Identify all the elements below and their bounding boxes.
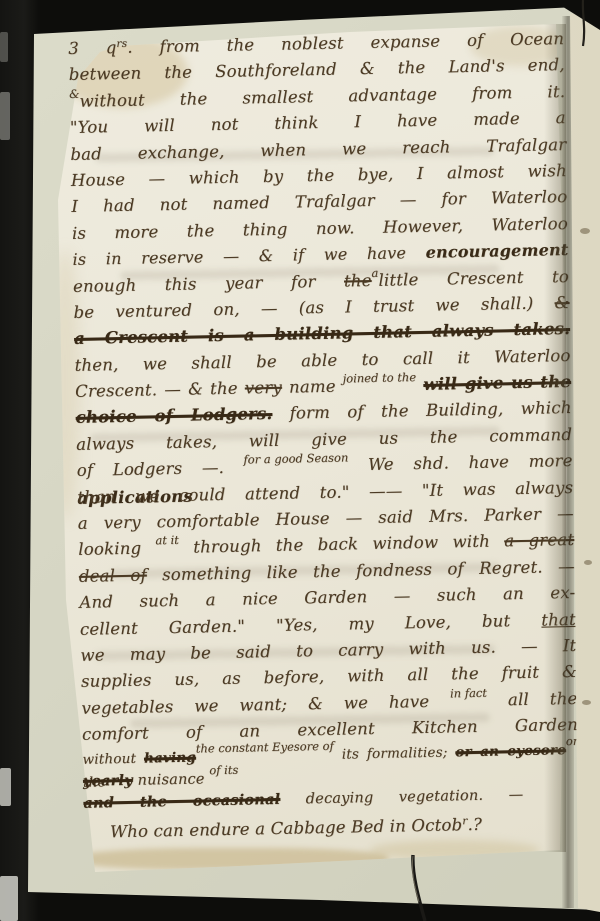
handwritten-text: through the back window with [179, 532, 505, 558]
handwritten-text: without [82, 750, 144, 767]
handwritten-text: form of the Building, which [272, 398, 572, 423]
interlinear-insertion: the constant Eyesore of [196, 734, 334, 760]
handwritten-text: . from the noblest expanse of Ocean [127, 29, 564, 57]
handwritten-text: .? [467, 814, 482, 833]
album-page-edge-glint [0, 32, 8, 62]
interlinear-insertion: joined to the [342, 364, 416, 392]
handwritten-text: looking [78, 539, 156, 560]
manuscript-text: 3 qrs. from the noblest expanse of Ocean… [68, 26, 584, 846]
handwritten-text: 3 q [68, 38, 117, 58]
struck-text: deal of [79, 565, 147, 585]
handwritten-text: vegetables we want; & we have [81, 691, 450, 717]
interlinear-insertion: for a good Season [243, 445, 348, 474]
handwritten-text: vegetation. — [399, 787, 524, 805]
handwritten-text: We shd. have more [348, 451, 573, 474]
manuscript-photo: 3 qrs. from the noblest expanse of Ocean… [0, 0, 600, 921]
album-page-edge-glint [0, 876, 18, 921]
handwritten-text: enough this year for [73, 271, 344, 295]
fore-edge-ink-mark [580, 228, 590, 234]
fore-edge-ink-mark [584, 560, 592, 565]
interlinear-insertion: of its [209, 759, 238, 780]
interlinear-insertion: & [69, 81, 80, 108]
handwritten-text: rs [116, 31, 127, 58]
handwritten-text: Crescent. — & the [75, 379, 245, 401]
handwritten-text: its formalities; [334, 744, 456, 762]
struck-text: choice of Lodgers. [75, 404, 272, 427]
interlinear-insertion: in fact [450, 679, 487, 706]
interlinear-insertion: at it [155, 527, 179, 554]
struck-text: very [245, 378, 282, 398]
handwritten-text: something like the fondness of Regret. — [147, 557, 575, 585]
fore-edge-ink-mark [582, 700, 591, 705]
handwritten-text: of Lodgers —. [77, 458, 244, 480]
handwritten-text: nuisance [133, 771, 210, 789]
interlinear-insertion: a [371, 259, 378, 286]
album-page-edge-glint [0, 92, 10, 140]
struck-text: the [344, 270, 372, 290]
struck-text: and the occasional [83, 790, 280, 811]
handwritten-text: Who can endure a Cabbage Bed in Octob [110, 815, 463, 841]
handwritten-text: r [462, 808, 468, 835]
handwritten-text: little Crescent to [378, 267, 569, 290]
album-page-edge-glint [0, 768, 11, 806]
handwritten-text: decaying [280, 789, 399, 807]
struck-text: having [144, 749, 196, 766]
struck-text: yearly [83, 771, 133, 789]
handwritten-text: name [282, 377, 343, 397]
